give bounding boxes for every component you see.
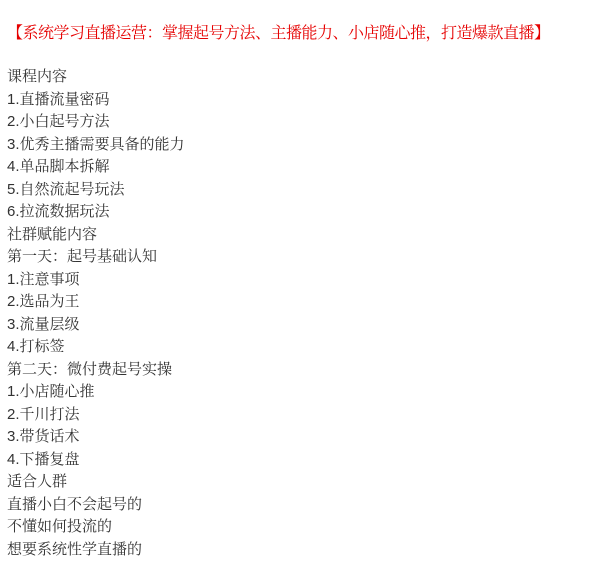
content-line: 想要系统性学直播的 <box>7 539 598 562</box>
content-line: 6.拉流数据玩法 <box>7 201 598 224</box>
content-line: 1.小店随心推 <box>7 381 598 404</box>
content-line: 1.注意事项 <box>7 269 598 292</box>
course-description-page: 【系统学习直播运营：掌握起号方法、主播能力、小店随心推，打造爆款直播】 课程内容… <box>0 0 604 580</box>
content-line: 3.流量层级 <box>7 314 598 337</box>
content-line: 5.自然流起号玩法 <box>7 179 598 202</box>
course-title: 【系统学习直播运营：掌握起号方法、主播能力、小店随心推，打造爆款直播】 <box>7 22 598 45</box>
content-line: 3.优秀主播需要具备的能力 <box>7 134 598 157</box>
content-line: 4.下播复盘 <box>7 449 598 472</box>
content-line: 第一天：起号基础认知 <box>7 246 598 269</box>
course-content-list: 课程内容 1.直播流量密码 2.小白起号方法 3.优秀主播需要具备的能力 4.单… <box>7 66 598 561</box>
content-line: 4.打标签 <box>7 336 598 359</box>
content-line: 4.单品脚本拆解 <box>7 156 598 179</box>
content-line: 适合人群 <box>7 471 598 494</box>
content-line: 2.小白起号方法 <box>7 111 598 134</box>
content-line: 课程内容 <box>7 66 598 89</box>
content-line: 3.带货话术 <box>7 426 598 449</box>
content-line: 第二天：微付费起号实操 <box>7 359 598 382</box>
content-line: 1.直播流量密码 <box>7 89 598 112</box>
content-line: 2.选品为王 <box>7 291 598 314</box>
content-line: 不懂如何投流的 <box>7 516 598 539</box>
content-line: 2.千川打法 <box>7 404 598 427</box>
content-line: 直播小白不会起号的 <box>7 494 598 517</box>
content-line: 社群赋能内容 <box>7 224 598 247</box>
